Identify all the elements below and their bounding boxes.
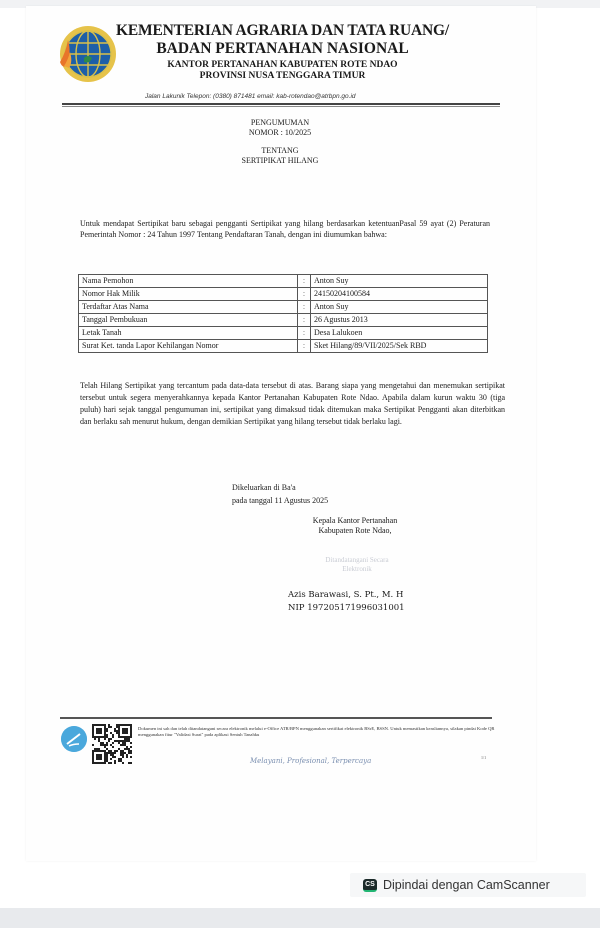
announcement-subject: SERTIPIKAT HILANG	[180, 156, 380, 166]
detail-value: Anton Suy	[311, 301, 488, 314]
details-row: Nama Pemohon:Anton Suy	[79, 275, 488, 288]
footer-divider	[60, 717, 492, 719]
detail-separator: :	[298, 301, 311, 314]
signer-block: Azis Barawasi, S. Pt., M. H NIP 19720517…	[288, 589, 405, 614]
signer-nip: NIP 197205171996031001	[288, 602, 405, 615]
detail-value: Anton Suy	[311, 275, 488, 288]
details-row: Terdaftar Atas Nama:Anton Suy	[79, 301, 488, 314]
detail-label: Nama Pemohon	[79, 275, 298, 288]
ministry-name: KEMENTERIAN AGRARIA DAN TATA RUANG/	[110, 22, 455, 40]
camscanner-icon: CS	[363, 879, 377, 892]
detail-separator: :	[298, 327, 311, 340]
details-row: Tanggal Pembukuan:26 Agustus 2013	[79, 314, 488, 327]
agency-name: BADAN PERTANAHAN NASIONAL	[110, 40, 455, 58]
issued-place: Dikeluarkan di Ba'a	[232, 482, 328, 495]
body-paragraph: Telah Hilang Sertipikat yang tercantum p…	[80, 380, 505, 428]
detail-separator: :	[298, 288, 311, 301]
detail-label: Letak Tanah	[79, 327, 298, 340]
motto: Melayani, Profesional, Terpercaya	[250, 757, 371, 765]
detail-value: 26 Agustus 2013	[311, 314, 488, 327]
letterhead-divider-thin	[62, 106, 500, 107]
announcement-about: TENTANG	[180, 146, 380, 156]
issued-block: Dikeluarkan di Ba'a pada tanggal 11 Agus…	[232, 482, 328, 507]
detail-value: Sket Hilang/89/VII/2025/Sek RBD	[311, 340, 488, 353]
office-address: Jalan Lakunik Telepon: (0380) 871481 ema…	[145, 93, 445, 100]
office-name: KANTOR PERTANAHAN KABUPATEN ROTE NDAO	[110, 60, 455, 71]
esign-line: Elektronik	[282, 565, 432, 574]
announcement-number: NOMOR : 10/2025	[180, 128, 380, 138]
detail-label: Terdaftar Atas Nama	[79, 301, 298, 314]
letterhead-divider	[62, 103, 500, 105]
position-line: Kepala Kantor Pertanahan	[280, 516, 430, 526]
position-line: Kabupaten Rote Ndao,	[280, 526, 430, 536]
electronic-signature-stamp: Ditandatangani Secara Elektronik	[282, 556, 432, 574]
camscanner-label: Dipindai dengan CamScanner	[383, 878, 550, 892]
certificate-details-table: Nama Pemohon:Anton SuyNomor Hak Milik:24…	[78, 274, 488, 353]
intro-paragraph: Untuk mendapat Sertipikat baru sebagai p…	[80, 219, 490, 240]
detail-label: Nomor Hak Milik	[79, 288, 298, 301]
bottom-bar	[0, 908, 600, 928]
province-name: PROVINSI NUSA TENGGARA TIMUR	[110, 71, 455, 82]
signatory-position: Kepala Kantor Pertanahan Kabupaten Rote …	[280, 516, 430, 536]
details-row: Nomor Hak Milik:24150204100584	[79, 288, 488, 301]
detail-value: 24150204100584	[311, 288, 488, 301]
e-signature-note: Dokumen ini sah dan telah ditandatangani…	[138, 726, 498, 737]
details-row: Letak Tanah:Desa Lalukoen	[79, 327, 488, 340]
qr-code-icon[interactable]	[92, 724, 132, 764]
camscanner-badge: CS Dipindai dengan CamScanner	[350, 873, 586, 897]
detail-separator: :	[298, 314, 311, 327]
detail-separator: :	[298, 340, 311, 353]
issued-date: pada tanggal 11 Agustus 2025	[232, 495, 328, 508]
page-number: 1/1	[481, 755, 486, 760]
atr-bpn-logo-icon	[54, 22, 118, 86]
announcement-title: PENGUMUMAN NOMOR : 10/2025 TENTANG SERTI…	[180, 118, 380, 166]
detail-label: Surat Ket. tanda Lapor Kehilangan Nomor	[79, 340, 298, 353]
detail-label: Tanggal Pembukuan	[79, 314, 298, 327]
bsre-logo-icon	[61, 726, 87, 752]
letterhead: KEMENTERIAN AGRARIA DAN TATA RUANG/ BADA…	[110, 22, 455, 82]
signer-name: Azis Barawasi, S. Pt., M. H	[288, 589, 405, 602]
details-row: Surat Ket. tanda Lapor Kehilangan Nomor:…	[79, 340, 488, 353]
detail-value: Desa Lalukoen	[311, 327, 488, 340]
detail-separator: :	[298, 275, 311, 288]
esign-line: Ditandatangani Secara	[282, 556, 432, 565]
announcement-heading: PENGUMUMAN	[180, 118, 380, 128]
